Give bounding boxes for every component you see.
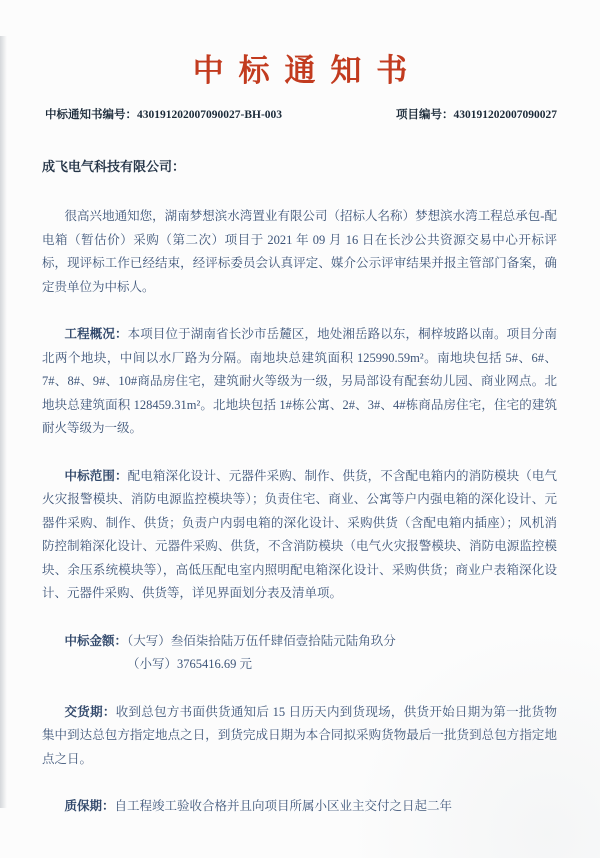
- overview-text: 本项目位于湖南省长沙市岳麓区，地处湘岳路以东，桐梓坡路以南。项目分南北两个地块，…: [42, 327, 557, 435]
- paragraph-award-amount-uppercase: 中标金额：（大写）叁佰柒拾陆万伍仟肆佰壹拾陆元陆角玖分: [42, 630, 557, 654]
- paragraph-warranty-term: 质保期：自工程竣工验收合格并且向项目所属小区业主交付之日起二年: [42, 795, 557, 819]
- scope-label: 中标范围：: [65, 469, 128, 483]
- amount-uppercase-text: （大写）叁佰柒拾陆万伍仟肆佰壹拾陆元陆角玖分: [127, 634, 396, 648]
- paragraph-greeting: 很高兴地通知您，湖南梦想滨水湾置业有限公司（招标人名称）梦想滨水湾工程总承包-配…: [42, 205, 557, 299]
- scope-text: 配电箱深化设计、元器件采购、制作、供货，不含配电箱内的消防模块（电气火灾报警模块…: [42, 469, 557, 601]
- document-body: 成飞电气科技有限公司： 很高兴地通知您，湖南梦想滨水湾置业有限公司（招标人名称）…: [0, 156, 600, 819]
- notice-number-value: 430191202007090027-BH-003: [137, 109, 282, 121]
- document-page: 中标通知书 中标通知书编号：430191202007090027-BH-003 …: [0, 0, 600, 858]
- greeting-text: 很高兴地通知您，湖南梦想滨水湾置业有限公司（招标人名称）梦想滨水湾工程总承包-配…: [42, 209, 557, 294]
- document-title: 中标通知书: [0, 52, 600, 89]
- document-meta-row: 中标通知书编号：430191202007090027-BH-003 项目编号：4…: [0, 106, 600, 122]
- project-number-label: 项目编号：: [396, 109, 454, 121]
- paragraph-award-scope: 中标范围：配电箱深化设计、元器件采购、制作、供货，不含配电箱内的消防模块（电气火…: [42, 465, 557, 606]
- delivery-text: 收到总包方书面供货通知后 15 日历天内到货现场，供货开始日期为第一批货物集中到…: [42, 705, 557, 766]
- amount-lowercase-text: （小写）3765416.69 元: [127, 657, 252, 671]
- project-number-value: 430191202007090027: [454, 109, 558, 121]
- paragraph-project-overview: 工程概况：本项目位于湖南省长沙市岳麓区，地处湘岳路以东，桐梓坡路以南。项目分南北…: [42, 323, 557, 441]
- amount-label: 中标金额：: [65, 634, 128, 648]
- notice-number: 中标通知书编号：430191202007090027-BH-003: [45, 106, 282, 122]
- overview-label: 工程概况：: [65, 327, 128, 341]
- delivery-label: 交货期：: [65, 705, 116, 719]
- warranty-text: 自工程竣工验收合格并且向项目所属小区业主交付之日起二年: [115, 799, 453, 813]
- notice-number-label: 中标通知书编号：: [45, 109, 137, 121]
- paragraph-award-amount-lowercase: （小写）3765416.69 元: [127, 653, 557, 677]
- addressee: 成飞电气科技有限公司：: [42, 156, 557, 175]
- paragraph-delivery-term: 交货期：收到总包方书面供货通知后 15 日历天内到货现场，供货开始日期为第一批货…: [42, 701, 557, 772]
- warranty-label: 质保期：: [65, 799, 115, 813]
- project-number: 项目编号：430191202007090027: [396, 106, 557, 122]
